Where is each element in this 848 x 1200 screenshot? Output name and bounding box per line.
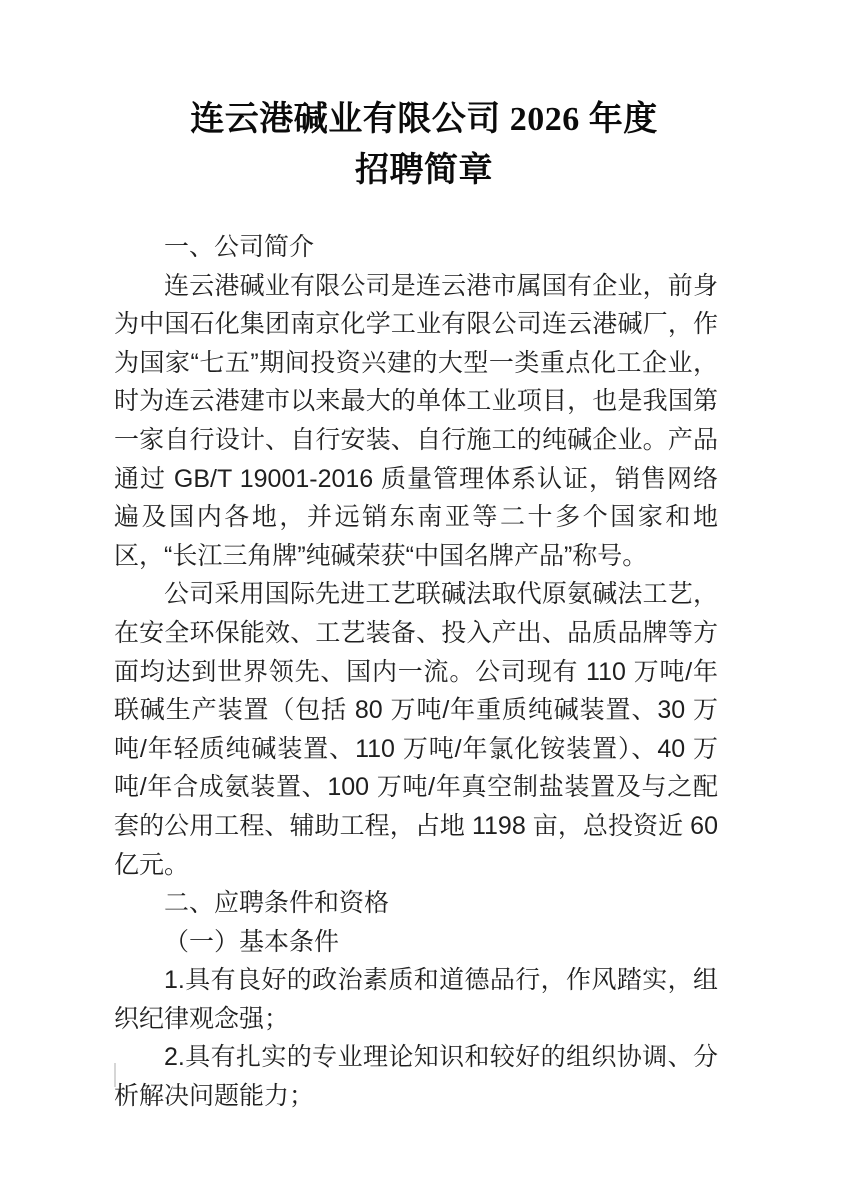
paragraph-company-capacity: 公司采用国际先进工艺联碱法取代原氨碱法工艺，在安全环保能效、工艺装备、投入产出、… <box>114 575 718 884</box>
document-title-line-2: 招聘简章 <box>0 145 848 196</box>
document-title: 连云港碱业有限公司 2026 年度 招聘简章 <box>0 94 848 196</box>
document-body: 一、公司简介 连云港碱业有限公司是连云港市属国有企业，前身为中国石化集团南京化学… <box>114 228 718 1116</box>
text-cursor-artifact <box>114 1063 116 1087</box>
subsection-heading-basic-conditions: （一）基本条件 <box>114 923 718 962</box>
paragraph-company-history: 连云港碱业有限公司是连云港市属国有企业，前身为中国石化集团南京化学工业有限公司连… <box>114 267 718 576</box>
section-heading-application-requirements: 二、应聘条件和资格 <box>114 884 718 923</box>
document-page: 连云港碱业有限公司 2026 年度 招聘简章 一、公司简介 连云港碱业有限公司是… <box>0 0 848 1200</box>
list-item-condition-2: 2.具有扎实的专业理论知识和较好的组织协调、分析解决问题能力； <box>114 1038 718 1115</box>
section-heading-company-profile: 一、公司简介 <box>114 228 718 267</box>
list-item-condition-1: 1.具有良好的政治素质和道德品行，作风踏实，组织纪律观念强； <box>114 961 718 1038</box>
document-title-line-1: 连云港碱业有限公司 2026 年度 <box>0 94 848 145</box>
